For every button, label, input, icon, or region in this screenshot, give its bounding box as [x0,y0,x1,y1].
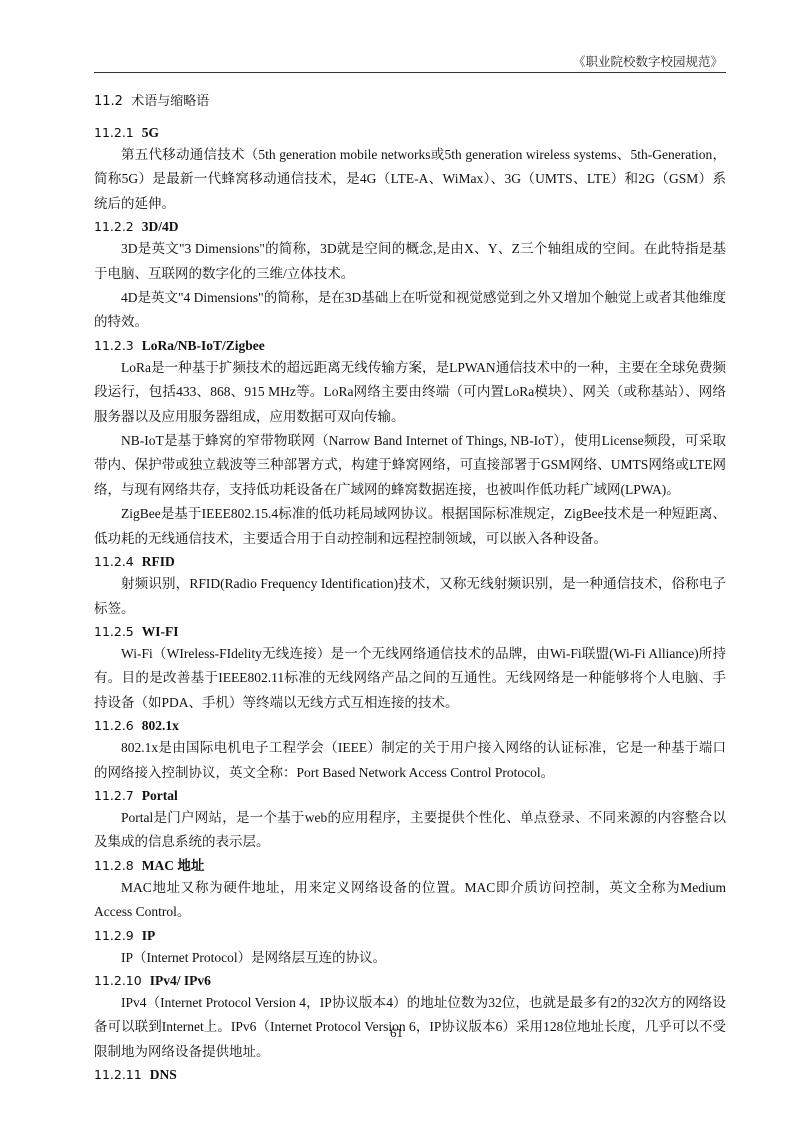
term-name: LoRa/NB-IoT/Zigbee [142,338,265,353]
section-heading: 11.2 术语与缩略语 [94,92,726,112]
term-heading: 11.2.23D/4D [94,216,726,237]
term-name: 802.1x [142,718,179,733]
page-number: 61 [0,1025,793,1041]
term-name: 5G [142,125,159,140]
term-name: WI-FI [142,624,179,639]
term-name: DNS [150,1067,177,1082]
term-name: IP [142,928,156,943]
section-number: 11.2 [94,94,123,109]
term-paragraph: LoRa是一种基于扩频技术的超远距离无线传输方案，是LPWAN通信技术中的一种，… [94,356,726,429]
term-heading: 11.2.9IP [94,925,726,946]
term-number: 11.2.5 [94,624,134,639]
term-name: 3D/4D [142,219,179,234]
term-paragraph: 射频识别，RFID(Radio Frequency Identification… [94,572,726,621]
term-paragraph: IP（Internet Protocol）是网络层互连的协议。 [94,946,726,970]
header-rule [94,72,726,73]
term-heading: 11.2.3LoRa/NB-IoT/Zigbee [94,335,726,356]
document-body: 11.2 术语与缩略语 11.2.15G 第五代移动通信技术（5th gener… [94,92,726,1085]
term-heading: 11.2.6802.1x [94,715,726,736]
term-number: 11.2.4 [94,554,134,569]
term-heading: 11.2.4RFID [94,551,726,572]
term-paragraph: 4D是英文"4 Dimensions"的简称，是在3D基础上在听觉和视觉感觉到之… [94,286,726,335]
term-heading: 11.2.11DNS [94,1064,726,1085]
term-heading: 11.2.8MAC 地址 [94,855,726,876]
term-paragraph: ZigBee是基于IEEE802.15.4标准的低功耗局域网协议。根据国际标准规… [94,502,726,551]
term-paragraph: 802.1x是由国际电机电子工程学会（IEEE）制定的关于用户接入网络的认证标准… [94,736,726,785]
term-number: 11.2.2 [94,219,134,234]
term-heading: 11.2.15G [94,122,726,143]
term-number: 11.2.1 [94,125,134,140]
term-name: Portal [142,788,178,803]
term-name: RFID [142,554,175,569]
section-title: 术语与缩略语 [131,94,209,109]
term-number: 11.2.7 [94,788,134,803]
term-name: IPv4/ IPv6 [150,973,211,988]
term-heading: 11.2.7Portal [94,785,726,806]
page-header-title: 《职业院校数字校园规范》 [573,52,723,70]
term-number: 11.2.9 [94,928,134,943]
term-paragraph: MAC地址又称为硬件地址，用来定义网络设备的位置。MAC即介质访问控制，英文全称… [94,876,726,925]
term-paragraph: Portal是门户网站，是一个基于web的应用程序，主要提供个性化、单点登录、不… [94,806,726,855]
term-paragraph: Wi-Fi（WIreless-FIdelity无线连接）是一个无线网络通信技术的… [94,642,726,715]
term-number: 11.2.3 [94,338,134,353]
term-paragraph: 第五代移动通信技术（5th generation mobile networks… [94,143,726,216]
term-paragraph: NB-IoT是基于蜂窝的窄带物联网（Narrow Band Internet o… [94,429,726,502]
term-paragraph: 3D是英文"3 Dimensions"的简称，3D就是空间的概念,是由X、Y、Z… [94,237,726,286]
term-number: 11.2.10 [94,973,142,988]
term-number: 11.2.11 [94,1067,142,1082]
term-heading: 11.2.10IPv4/ IPv6 [94,970,726,991]
term-name: MAC 地址 [142,858,205,873]
term-heading: 11.2.5WI-FI [94,621,726,642]
term-number: 11.2.6 [94,718,134,733]
term-number: 11.2.8 [94,858,134,873]
